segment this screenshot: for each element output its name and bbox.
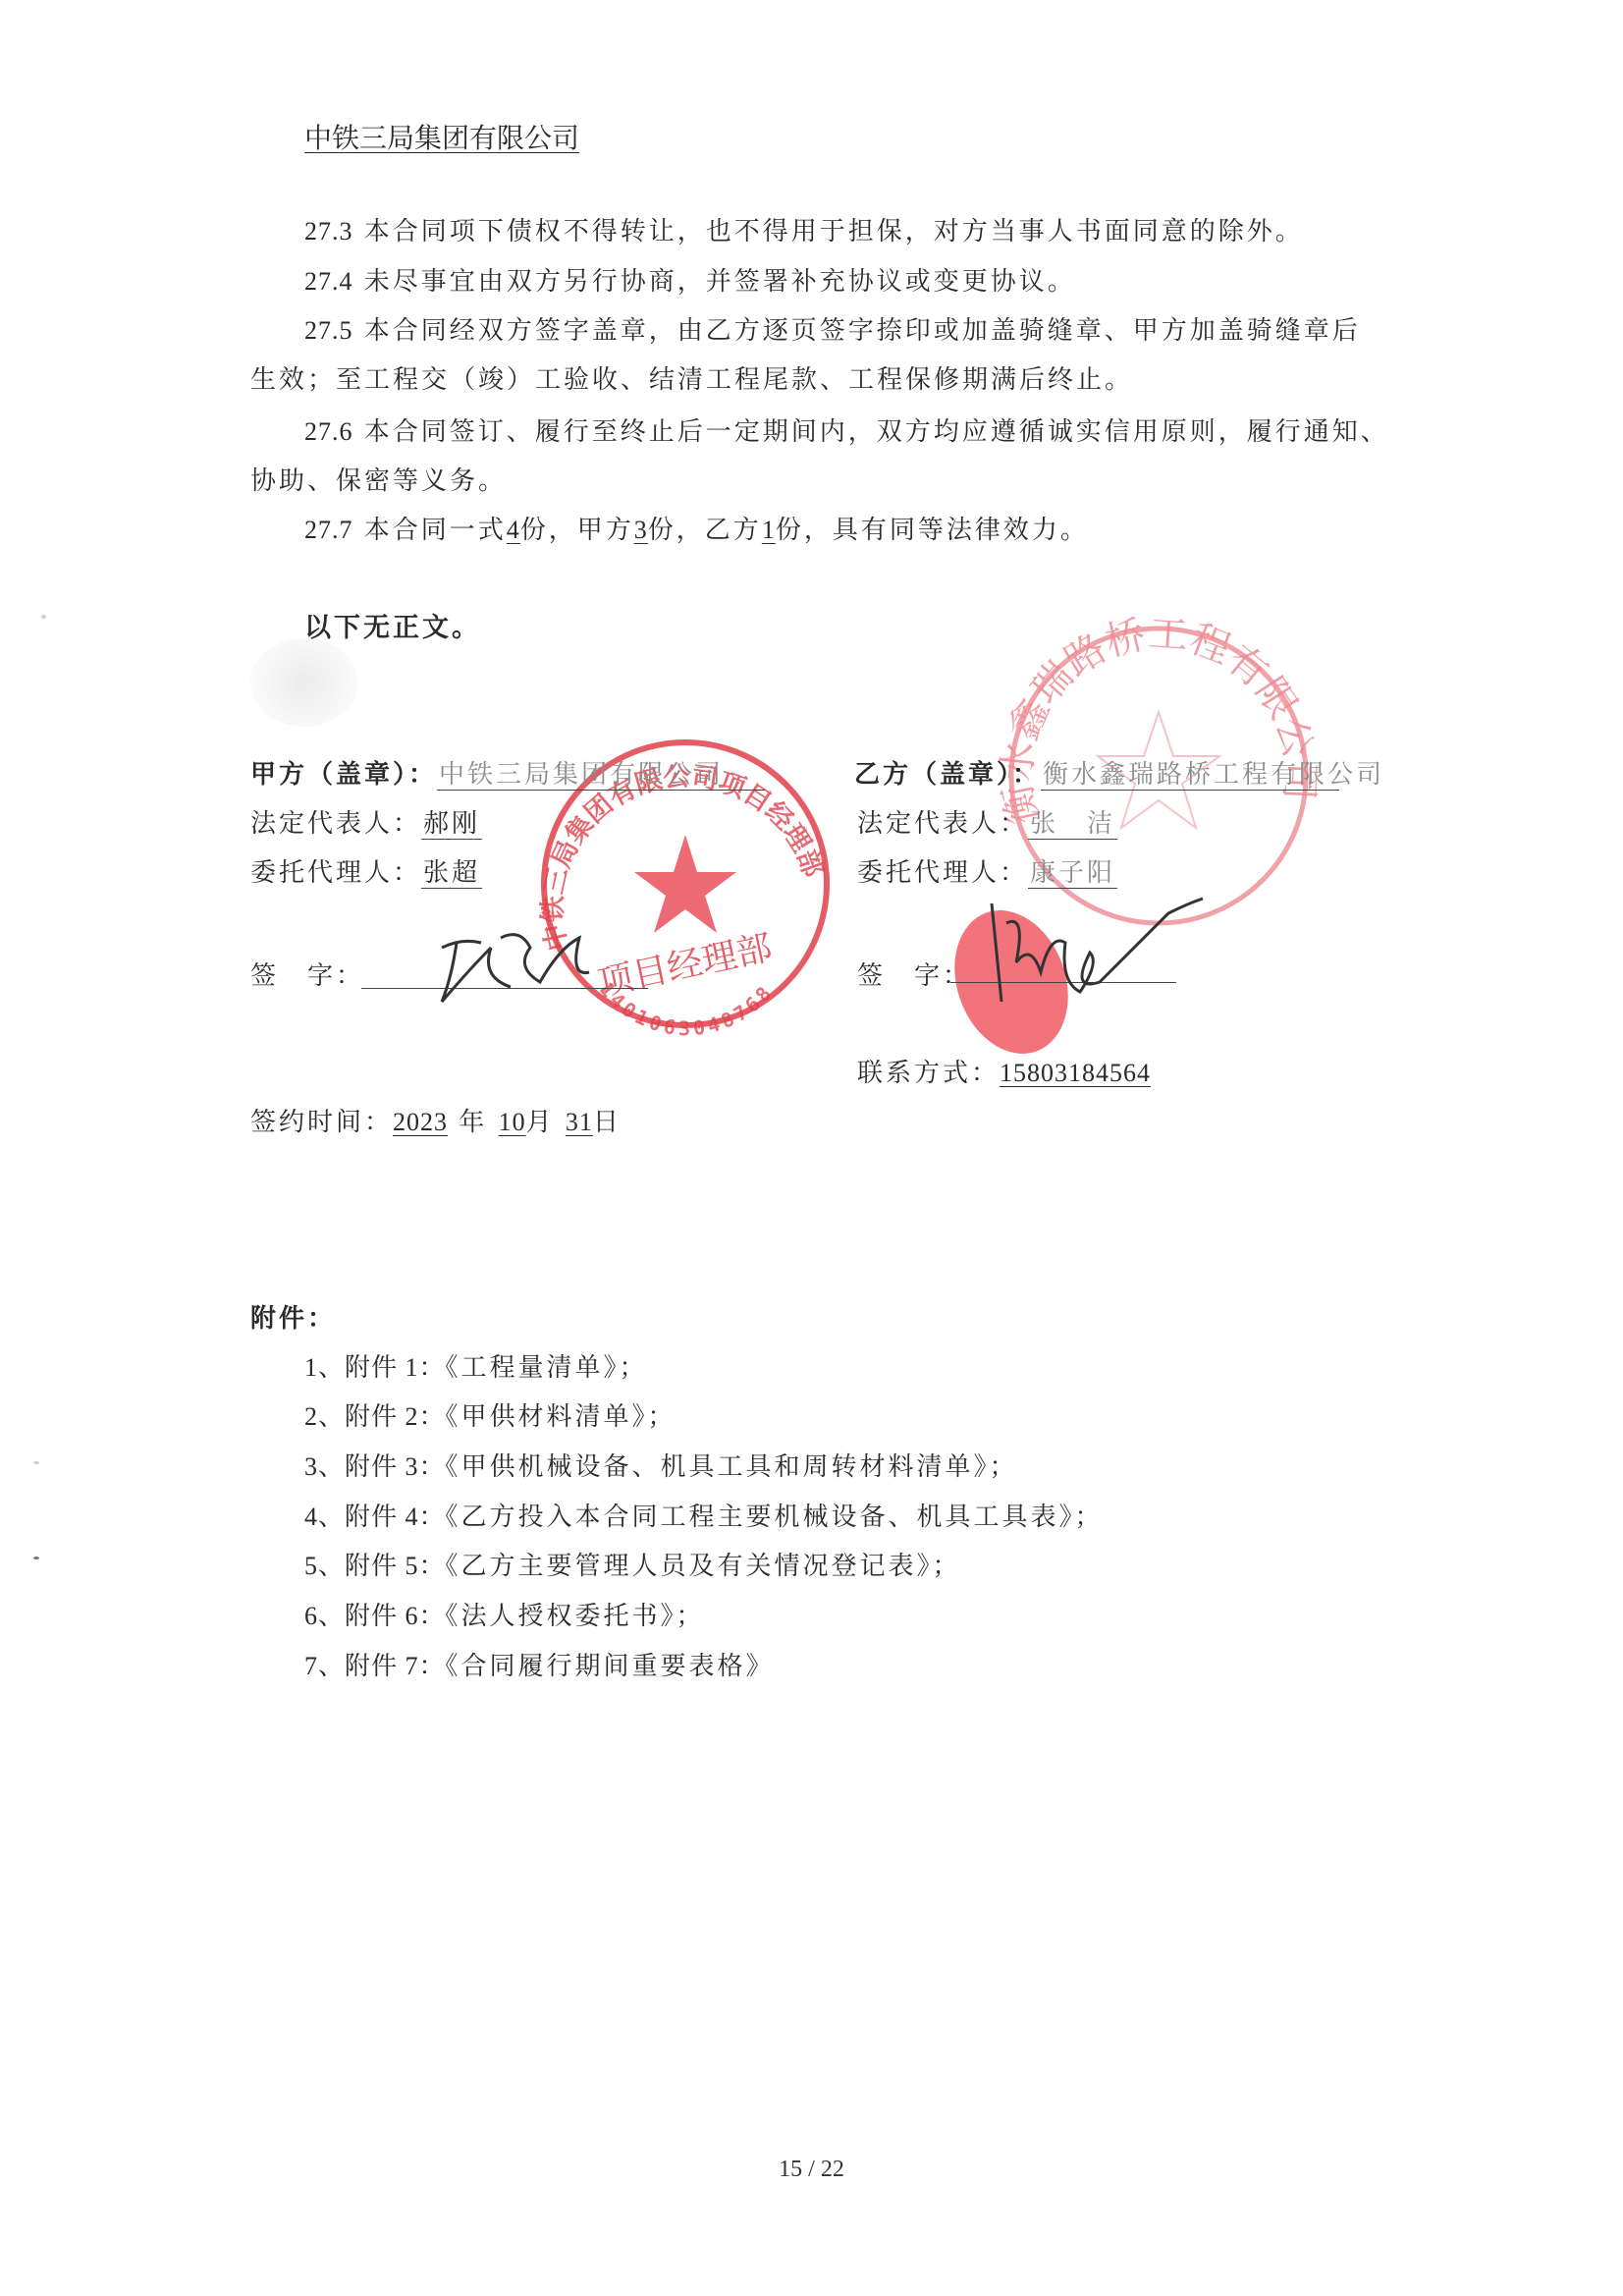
- svg-text:衡水鑫瑞路桥工程有限公司: 衡水鑫瑞路桥工程有限公司: [995, 611, 1323, 828]
- attachment-name: 《工程量清单》；: [446, 1353, 648, 1383]
- party-b-legal-rep: 张 洁: [1028, 809, 1117, 840]
- attachment-prefix: 1、附件 1：: [304, 1353, 446, 1382]
- agent-label: 委托代理人：: [250, 858, 421, 888]
- party-a-seal-row: 甲方（盖章）：中铁三局集团有限公司: [250, 758, 765, 792]
- day-unit: 日: [593, 1108, 622, 1137]
- party-b-sign-label: 签 字：: [857, 959, 971, 993]
- attachment-name: 《甲供机械设备、机具工具和周转材料清单》；: [446, 1452, 1018, 1482]
- header-company: 中铁三局集团有限公司: [304, 122, 579, 155]
- attachment-prefix: 2、附件 2：: [304, 1402, 446, 1431]
- clause-27-3: 27.3 本合同项下债权不得转让，也不得用于担保，对方当事人书面同意的除外。: [304, 215, 1304, 248]
- clause-27-6: 27.6 本合同签订、履行至终止后一定期间内，双方均应遵循诚实信用原则，履行通知…: [304, 415, 1389, 449]
- clause-text: 未尽事宜由双方另行协商，并签署补充协议或变更协议。: [364, 267, 1076, 297]
- attachment-item: 3、附件 3：《甲供机械设备、机具工具和周转材料清单》；: [304, 1450, 1018, 1484]
- sign-date-label: 签约时间：: [250, 1108, 393, 1137]
- sign-day: 31: [566, 1108, 593, 1136]
- party-b-contact-phone: 15803184564: [1000, 1059, 1151, 1087]
- party-b-name: 衡水鑫瑞路桥工程有限公司: [1041, 760, 1339, 791]
- attachment-prefix: 3、附件 3：: [304, 1452, 446, 1481]
- scan-dot: [33, 1557, 39, 1559]
- scan-dot: [41, 615, 46, 619]
- party-a-legal-rep: 郝刚: [421, 809, 482, 840]
- party-a-sign-label: 签 字：: [250, 959, 364, 993]
- sign-month: 10: [499, 1108, 526, 1136]
- sign-year: 2023: [393, 1108, 448, 1136]
- clause-number: 27.6: [304, 417, 353, 446]
- copies-total: 4: [507, 516, 520, 544]
- attachment-prefix: 4、附件 4：: [304, 1503, 446, 1531]
- contact-label: 联系方式：: [857, 1059, 1000, 1088]
- clause-27-5-cont: 生效；至工程交（竣）工验收、结清工程尾款、工程保修期满后终止。: [250, 363, 1133, 397]
- attachment-item: 4、附件 4：《乙方投入本合同工程主要机械设备、机具工具表》；: [304, 1501, 1104, 1534]
- month-unit: 月: [526, 1108, 555, 1137]
- party-b-seal-row: 乙方（盖章）：衡水鑫瑞路桥工程有限公司: [854, 758, 1339, 792]
- attachment-name: 《乙方主要管理人员及有关情况登记表》；: [446, 1552, 961, 1581]
- legal-rep-label: 法定代表人：: [857, 809, 1028, 839]
- clause-number: 27.7: [304, 516, 353, 544]
- attachment-name: 《合同履行期间重要表格》: [446, 1652, 775, 1681]
- attachment-name: 《甲供材料清单》；: [446, 1402, 676, 1432]
- attachments-title: 附件：: [250, 1302, 336, 1336]
- sign-date-row: 签约时间：2023 年 10月 31日: [250, 1106, 622, 1139]
- clause-27-6-cont: 协助、保密等义务。: [250, 465, 507, 498]
- party-b-legal-rep-row: 法定代表人：张 洁: [857, 807, 1117, 841]
- clause-text: 本合同签订、履行至终止后一定期间内，双方均应遵循诚实信用原则，履行通知、: [364, 417, 1389, 447]
- party-a-legal-rep-row: 法定代表人：郝刚: [250, 807, 482, 841]
- attachment-item: 6、附件 6：《法人授权委托书》；: [304, 1600, 705, 1633]
- attachment-prefix: 6、附件 6：: [304, 1602, 446, 1630]
- scan-dot: [33, 1461, 39, 1464]
- clause-text: 本合同项下债权不得转让，也不得用于担保，对方当事人书面同意的除外。: [364, 217, 1304, 246]
- page-number: 15 / 22: [0, 2157, 1623, 2183]
- attachment-name: 《法人授权委托书》；: [446, 1602, 705, 1631]
- end-note: 以下无正文。: [304, 612, 481, 645]
- attachment-prefix: 7、附件 7：: [304, 1652, 446, 1680]
- party-a-agent-row: 委托代理人：张超: [250, 856, 482, 890]
- attachment-name: 《乙方投入本合同工程主要机械设备、机具工具表》；: [446, 1503, 1104, 1532]
- party-a-agent: 张超: [421, 858, 482, 889]
- clause-text: 本合同一式: [364, 516, 507, 545]
- party-b-label: 乙方（盖章）：: [854, 760, 1041, 790]
- attachment-prefix: 5、附件 5：: [304, 1552, 446, 1580]
- party-a-label: 甲方（盖章）：: [250, 760, 437, 790]
- clause-27-5: 27.5 本合同经双方签字盖章，由乙方逐页签字捺印或加盖骑缝章、甲方加盖骑缝章后: [304, 314, 1361, 348]
- clause-number: 27.4: [304, 267, 353, 296]
- attachment-item: 1、附件 1：《工程量清单》；: [304, 1351, 648, 1385]
- clause-number: 27.5: [304, 316, 353, 345]
- clause-number: 27.3: [304, 217, 353, 246]
- attachment-item: 5、附件 5：《乙方主要管理人员及有关情况登记表》；: [304, 1550, 961, 1583]
- clause-27-7: 27.7 本合同一式4份，甲方3份，乙方1份，具有同等法律效力。: [304, 514, 1089, 547]
- party-a-handwritten-signature: [422, 908, 619, 1016]
- attachment-item: 7、附件 7：《合同履行期间重要表格》: [304, 1650, 775, 1683]
- copies-party-b: 1: [762, 516, 776, 544]
- legal-rep-label: 法定代表人：: [250, 809, 421, 839]
- clause-27-4: 27.4 未尽事宜由双方另行协商，并签署补充协议或变更协议。: [304, 265, 1076, 299]
- party-b-handwritten-signature: [972, 884, 1208, 1021]
- scan-smudge: [250, 638, 358, 727]
- clause-text: 份，甲方: [520, 516, 634, 545]
- year-unit: 年: [459, 1108, 487, 1137]
- clause-text: 份，具有同等法律效力。: [776, 516, 1089, 545]
- clause-text: 份，乙方: [648, 516, 762, 545]
- attachment-item: 2、附件 2：《甲供材料清单》；: [304, 1400, 676, 1434]
- party-b-contact-row: 联系方式：15803184564: [857, 1057, 1151, 1090]
- copies-party-a: 3: [634, 516, 648, 544]
- party-a-name: 中铁三局集团有限公司: [437, 760, 765, 791]
- clause-text: 本合同经双方签字盖章，由乙方逐页签字捺印或加盖骑缝章、甲方加盖骑缝章后: [364, 316, 1361, 346]
